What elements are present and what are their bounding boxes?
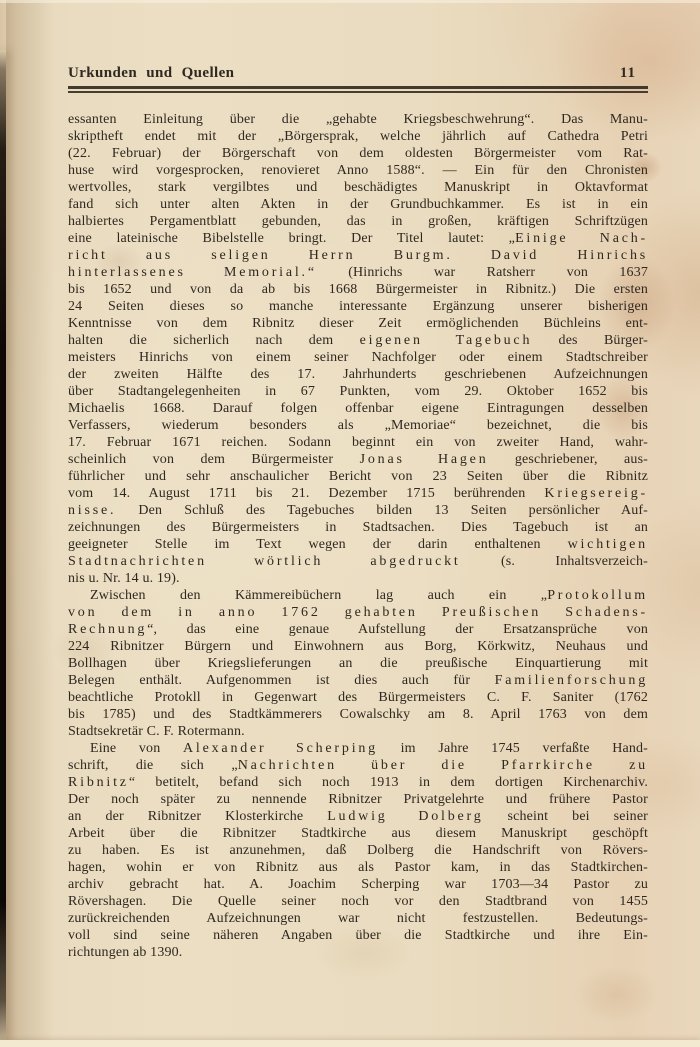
text-segment: archiv gebracht hat. A. Joachim Scherpin… — [68, 877, 648, 892]
spaced-emphasis-segment: richt aus seligen Herrn Burgm. David Hin… — [68, 248, 648, 263]
text-segment: 17. Februar 1671 reichen. Sodann beginnt… — [68, 435, 648, 450]
text-segment: richtungen ab 1390. — [68, 945, 182, 960]
spaced-emphasis-segment: hinterlassenes Memorial.“ — [68, 265, 317, 280]
spaced-emphasis-segment: Kriegsereig- — [544, 486, 648, 501]
text-line: bis 1652 und von da ab bis 1668 Bürgerme… — [68, 281, 648, 298]
text-segment: Zwischen den Kämmereibüchern lag auch ei… — [90, 588, 547, 603]
text-segment: geschriebener, aus- — [489, 452, 648, 467]
text-line: Rövershagen. Die Quelle seiner noch vor … — [68, 893, 648, 910]
text-segment: wertvolles, stark vergilbtes und beschäd… — [68, 180, 648, 195]
text-segment: des Bürger- — [532, 333, 648, 348]
text-line: eine lateinische Bibelstelle bringt. Der… — [68, 230, 648, 247]
text-segment: scheinlich von dem Bürgermeister — [68, 452, 360, 467]
text-segment: Michaelis 1668. Darauf folgen offenbar e… — [68, 401, 648, 416]
spaced-emphasis-segment: Jonas Hagen — [360, 452, 489, 467]
text-segment: im Jahre 1745 verfaßte Hand- — [378, 741, 648, 756]
text-segment: Stadtsekretär C. F. Rotermann. — [68, 724, 245, 739]
text-segment: hagen, wohin er von Ribnitz aus als Past… — [68, 860, 648, 875]
text-segment: bis 1785) und des Stadtkämmerers Cowalsc… — [68, 707, 648, 722]
text-line: führlicher und sehr anschaulicher Berich… — [68, 468, 648, 485]
header-double-rule — [68, 86, 648, 93]
text-segment: fand sich unter alten Akten in der Grund… — [68, 197, 648, 212]
text-segment: (s. Inhaltsverzeich- — [461, 554, 648, 569]
text-segment: schrift, die sich „ — [68, 758, 238, 773]
text-segment: meisters Hinrichs von einem seiner Nachf… — [68, 350, 648, 365]
spaced-emphasis-segment: wichtigen — [568, 537, 648, 552]
text-segment: über Stadtangelegenheiten in 67 Punkten,… — [68, 384, 648, 399]
text-line: Bollhagen über Kriegslieferungen an die … — [68, 655, 648, 672]
running-head-title: Urkunden und Quellen — [68, 63, 234, 83]
text-line: Arbeit über die Ribnitzer Stadtkirche au… — [68, 825, 648, 842]
text-line: fand sich unter alten Akten in der Grund… — [68, 196, 648, 213]
spaced-emphasis-segment: Ribnitz — [68, 775, 129, 790]
text-line: hagen, wohin er von Ribnitz aus als Past… — [68, 859, 648, 876]
text-line: Michaelis 1668. Darauf folgen offenbar e… — [68, 400, 648, 417]
spaced-emphasis-segment: Protokollum — [547, 588, 648, 603]
photo-edge-bottom — [0, 1040, 700, 1047]
text-segment: (22. Februar) der Börgerschaft von dem o… — [68, 146, 648, 161]
paragraph: essanten Einleitung über die „gehabte Kr… — [68, 111, 648, 587]
text-line: nis u. Nr. 14 u. 19). — [68, 570, 648, 587]
text-segment: zeichnungen des Bürgermeisters in Stadts… — [68, 520, 648, 535]
text-line: richtungen ab 1390. — [68, 944, 648, 961]
text-line: an der Ribnitzer Klosterkirche Ludwig Do… — [68, 808, 648, 825]
text-line: bis 1785) und des Stadtkämmerers Cowalsc… — [68, 706, 648, 723]
spaced-emphasis-segment: Rechnung — [68, 622, 147, 637]
text-line: halbiertes Pergamentblatt gebunden, das … — [68, 213, 648, 230]
text-line: hinterlassenes Memorial.“ (Hinrichs war … — [68, 264, 648, 281]
text-line: zu haben. Es ist anzunehmen, daß Dolberg… — [68, 842, 648, 859]
text-segment: geeigneter Stelle im Text wegen der dari… — [68, 537, 568, 552]
page-text: essanten Einleitung über die „gehabte Kr… — [68, 111, 648, 961]
text-line: der zweiten Hälfte des 17. Jahrhunderts … — [68, 366, 648, 383]
text-segment: an der Ribnitzer Klosterkirche — [68, 809, 327, 824]
paragraph: Zwischen den Kämmereibüchern lag auch ei… — [68, 587, 648, 740]
text-line: essanten Einleitung über die „gehabte Kr… — [68, 111, 648, 128]
text-segment: voll sind seine näheren Angaben über die… — [68, 928, 648, 943]
text-segment: zu haben. Es ist anzunehmen, daß Dolberg… — [68, 843, 648, 858]
spaced-emphasis-segment: Nachrichten über die Pfarrkirche zu — [238, 758, 648, 773]
text-line: zurückreichenden Aufzeichnungen war nich… — [68, 910, 648, 927]
text-segment: Kenntnisse von dem Ribnitz dieser Zeit e… — [68, 316, 648, 331]
spaced-emphasis-segment: von dem in anno 1762 gehabten Preußische… — [68, 605, 648, 620]
running-head: Urkunden und Quellen 11 — [68, 63, 648, 93]
text-line: skriptheft endet mit der „Börgersprak, w… — [68, 128, 648, 145]
text-line: wertvolles, stark vergilbtes und beschäd… — [68, 179, 648, 196]
text-segment: beachtliche Protokll in Gegenwart des Bü… — [68, 690, 648, 705]
text-line: archiv gebracht hat. A. Joachim Scherpin… — [68, 876, 648, 893]
text-line: zeichnungen des Bürgermeisters in Stadts… — [68, 519, 648, 536]
text-segment: essanten Einleitung über die „gehabte Kr… — [68, 112, 648, 127]
spaced-emphasis-segment: Familienforschung — [495, 673, 648, 688]
text-line: 17. Februar 1671 reichen. Sodann beginnt… — [68, 434, 648, 451]
text-line: voll sind seine näheren Angaben über die… — [68, 927, 648, 944]
text-segment: zurückreichenden Aufzeichnungen war nich… — [68, 911, 648, 926]
text-segment: vom 14. August 1711 bis 21. Dezember 171… — [68, 486, 544, 501]
text-segment: Arbeit über die Ribnitzer Stadtkirche au… — [68, 826, 648, 841]
text-segment: 24 Seiten dieses so manche interessante … — [68, 299, 648, 314]
text-line: Rechnung“, das eine genaue Aufstellung d… — [68, 621, 648, 638]
text-segment: der zweiten Hälfte des 17. Jahrhunderts … — [68, 367, 648, 382]
text-segment: huse wird vorgesprocken, renovieret Anno… — [68, 163, 648, 178]
text-line: Ribnitz“ betitelt, befand sich noch 1913… — [68, 774, 648, 791]
text-segment: scheint bei seiner — [484, 809, 648, 824]
text-segment: Der noch später zu nennende Ribnitzer Pr… — [68, 792, 648, 807]
spaced-emphasis-segment: Alexander Scherping — [183, 741, 378, 756]
text-segment: (Hinrichs war Ratsherr von 1637 — [317, 265, 648, 280]
text-line: meisters Hinrichs von einem seiner Nachf… — [68, 349, 648, 366]
text-line: über Stadtangelegenheiten in 67 Punkten,… — [68, 383, 648, 400]
text-segment: nis u. Nr. 14 u. 19). — [68, 571, 180, 586]
spaced-emphasis-segment: Ludwig Dolberg — [327, 809, 483, 824]
text-line: beachtliche Protokll in Gegenwart des Bü… — [68, 689, 648, 706]
text-segment: halbiertes Pergamentblatt gebunden, das … — [68, 214, 648, 229]
text-line: Stadtsekretär C. F. Rotermann. — [68, 723, 648, 740]
text-line: Zwischen den Kämmereibüchern lag auch ei… — [68, 587, 648, 604]
text-segment: führlicher und sehr anschaulicher Berich… — [68, 469, 648, 484]
text-segment: 224 Ribnitzer Bürgern und Einwohnern aus… — [68, 639, 648, 654]
text-segment: Verfassers, wiederum besonders als „Memo… — [68, 418, 648, 433]
text-line: halten die sicherlich nach dem eigenen T… — [68, 332, 648, 349]
text-line: Stadtnachrichten wörtlich abgedruckt (s.… — [68, 553, 648, 570]
text-segment: Den Schluß des Tagebuches bilden 13 Seit… — [116, 503, 648, 518]
text-segment: Eine von — [90, 741, 183, 756]
binding-spine-edge — [0, 50, 6, 1040]
text-segment: Rövershagen. Die Quelle seiner noch vor … — [68, 894, 648, 909]
text-line: richt aus seligen Herrn Burgm. David Hin… — [68, 247, 648, 264]
text-line: schrift, die sich „Nachrichten über die … — [68, 757, 648, 774]
text-line: von dem in anno 1762 gehabten Preußische… — [68, 604, 648, 621]
text-segment: Bollhagen über Kriegslieferungen an die … — [68, 656, 648, 671]
spaced-emphasis-segment: Stadtnachrichten wörtlich abgedruckt — [68, 554, 461, 569]
text-line: (22. Februar) der Börgerschaft von dem o… — [68, 145, 648, 162]
text-line: 224 Ribnitzer Bürgern und Einwohnern aus… — [68, 638, 648, 655]
text-line: Belegen enthält. Aufgenommen ist dies au… — [68, 672, 648, 689]
text-segment: “, das eine genaue Aufstellung der Ersat… — [147, 622, 648, 637]
text-line: Der noch später zu nennende Ribnitzer Pr… — [68, 791, 648, 808]
text-line: scheinlich von dem Bürgermeister Jonas H… — [68, 451, 648, 468]
text-line: Verfassers, wiederum besonders als „Memo… — [68, 417, 648, 434]
text-line: 24 Seiten dieses so manche interessante … — [68, 298, 648, 315]
text-segment: “ betitelt, befand sich noch 1913 in dem… — [129, 775, 648, 790]
spaced-emphasis-segment: Einige Nach- — [515, 231, 648, 246]
text-line: geeigneter Stelle im Text wegen der dari… — [68, 536, 648, 553]
page-number: 11 — [620, 63, 636, 83]
text-segment: bis 1652 und von da ab bis 1668 Bürgerme… — [68, 282, 648, 297]
photo-edge-top — [0, 0, 700, 3]
text-line: vom 14. August 1711 bis 21. Dezember 171… — [68, 485, 648, 502]
text-segment: halten die sicherlich nach dem — [68, 333, 360, 348]
paragraph: Eine von Alexander Scherping im Jahre 17… — [68, 740, 648, 961]
text-line: Kenntnisse von dem Ribnitz dieser Zeit e… — [68, 315, 648, 332]
text-line: huse wird vorgesprocken, renovieret Anno… — [68, 162, 648, 179]
spaced-emphasis-segment: eigenen Tagebuch — [360, 333, 533, 348]
text-segment: Belegen enthält. Aufgenommen ist dies au… — [68, 673, 495, 688]
text-segment: skriptheft endet mit der „Börgersprak, w… — [68, 129, 648, 144]
spaced-emphasis-segment: nisse. — [68, 503, 116, 518]
gutter-shadow — [6, 0, 54, 1047]
text-line: nisse. Den Schluß des Tagebuches bilden … — [68, 502, 648, 519]
book-page-scan: Urkunden und Quellen 11 essanten Einleit… — [0, 0, 700, 1047]
text-segment: eine lateinische Bibelstelle bringt. Der… — [68, 231, 515, 246]
text-line: Eine von Alexander Scherping im Jahre 17… — [68, 740, 648, 757]
